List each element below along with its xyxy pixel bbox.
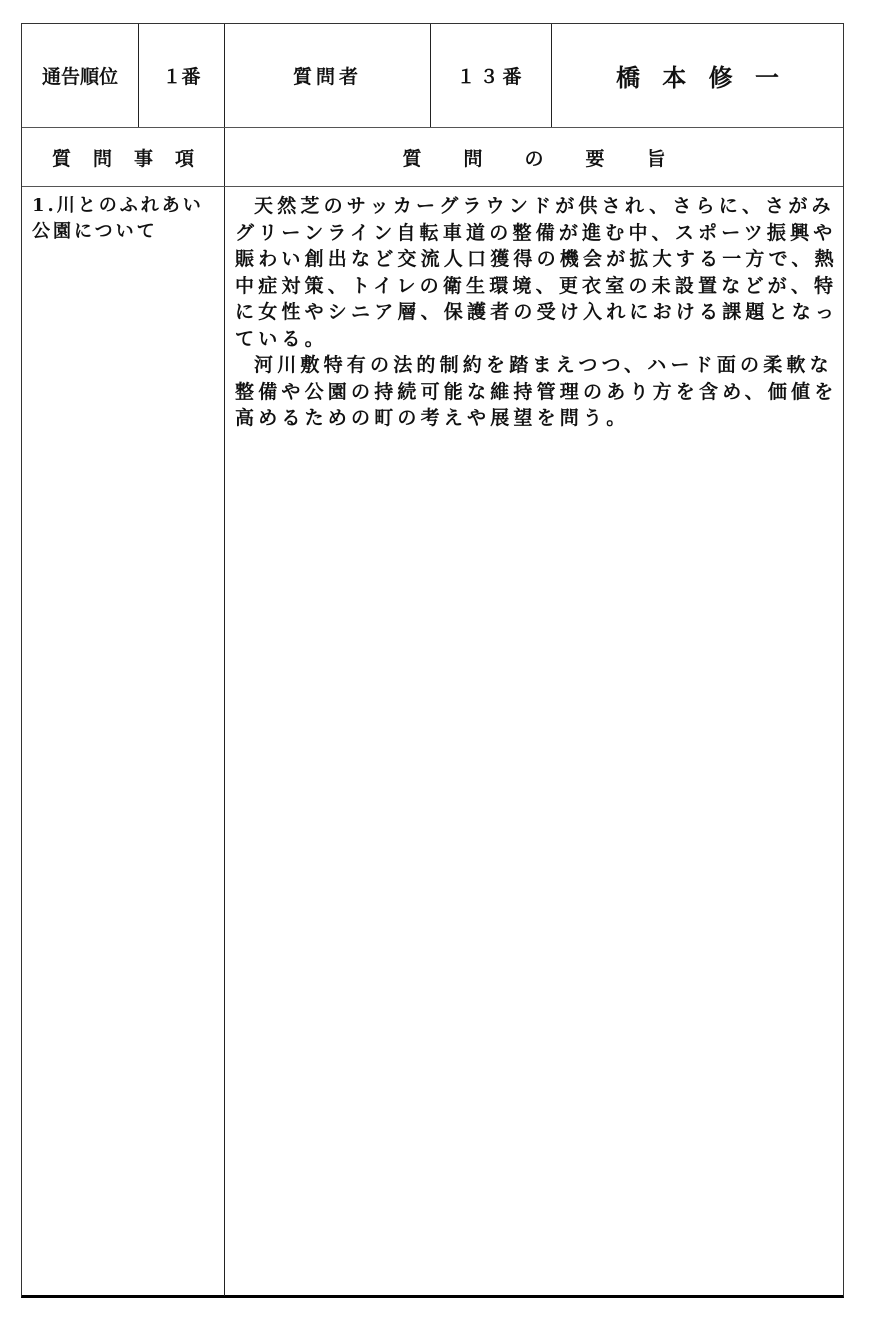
question-table: 通告順位 １番 質問者 １３番 橋 本 修 一 質問事項 質問の要旨 1.川との… bbox=[21, 23, 844, 1298]
topic-header: 質問事項 bbox=[22, 128, 224, 186]
question-topic: 1.川とのふれあい公園について bbox=[22, 187, 224, 245]
summary-header: 質問の要旨 bbox=[225, 128, 843, 186]
summary-paragraph: 河川敷特有の法的制約を踏まえつつ、ハード面の柔軟な整備や公園の持続可能な維持管理… bbox=[235, 352, 839, 432]
questioner-name: 橋 本 修 一 bbox=[552, 24, 843, 127]
summary-paragraph: 天然芝のサッカーグラウンドが供され、さらに、さがみグリーンライン自転車道の整備が… bbox=[235, 193, 839, 352]
order-label: 通告順位 bbox=[22, 24, 138, 127]
order-value: １番 bbox=[139, 24, 224, 127]
questioner-number: １３番 bbox=[431, 24, 551, 127]
question-summary: 天然芝のサッカーグラウンドが供され、さらに、さがみグリーンライン自転車道の整備が… bbox=[225, 187, 843, 432]
questioner-label: 質問者 bbox=[225, 24, 430, 127]
